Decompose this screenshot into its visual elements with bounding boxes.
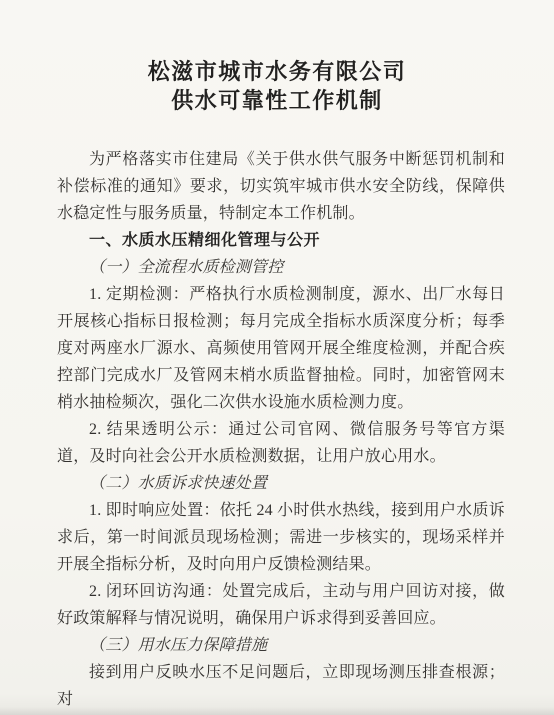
body-paragraph: 为严格落实市住建局《关于供水供气服务中断惩罚机制和补偿标准的通知》要求，切实筑牢…: [57, 146, 505, 227]
document-title-line1: 松滋市城市水务有限公司: [148, 59, 407, 84]
document-page: 松滋市城市水务有限公司 供水可靠性工作机制 为严格落实市住建局《关于供水供气服务…: [0, 0, 554, 715]
body-paragraph: 1. 即时响应处置：依托 24 小时供水热线，接到用户水质诉求后，第一时间派员现…: [57, 497, 505, 578]
body-paragraph: 2. 结果透明公示：通过公司官网、微信服务号等官方渠道，及时向社会公开水质检测数…: [57, 416, 505, 470]
document-title-line2: 供水可靠性工作机制: [171, 88, 383, 113]
body-paragraph: 2. 闭环回访沟通：处置完成后，主动与用户回访对接，做好政策解释与情况说明，确保…: [57, 578, 505, 632]
document-title: 松滋市城市水务有限公司 供水可靠性工作机制: [0, 57, 554, 115]
sub-heading: （一）全流程水质检测管控: [57, 254, 505, 281]
body-paragraph: 1. 定期检测：严格执行水质检测制度，源水、出厂水每日开展核心指标日报检测；每月…: [57, 281, 505, 416]
sub-heading: （二）水质诉求快速处置: [57, 470, 505, 497]
body-paragraph: 接到用户反映水压不足问题后，立即现场测压排查根源；对: [57, 659, 505, 713]
sub-heading: （三）用水压力保障措施: [57, 632, 505, 659]
section-heading: 一、水质水压精细化管理与公开: [57, 227, 505, 254]
document-body: 为严格落实市住建局《关于供水供气服务中断惩罚机制和补偿标准的通知》要求，切实筑牢…: [57, 146, 505, 713]
